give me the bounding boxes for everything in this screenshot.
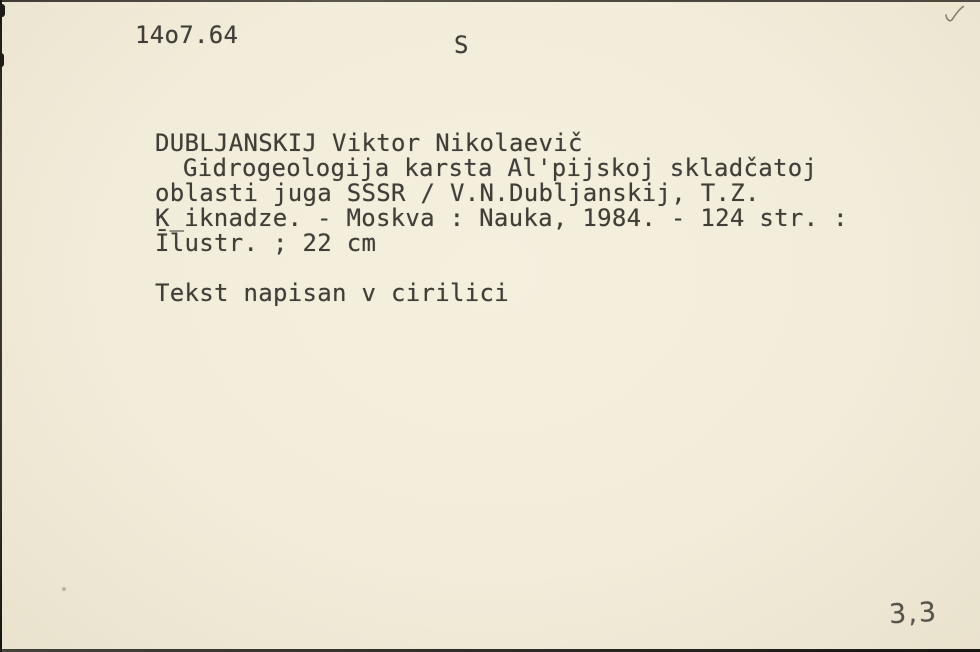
catalog-card: 14o7.64 S DUBLJANSKIJ Viktor Nikolaevič … — [0, 0, 980, 652]
author-heading: DUBLJANSKIJ Viktor Nikolaevič — [155, 131, 935, 156]
statement-of-responsibility-line: oblasti juga SSSR / V.N.Dubljanskij, T.Z… — [155, 181, 935, 206]
section-letter: S — [454, 31, 469, 59]
scan-edge-left — [0, 0, 2, 652]
scan-artifact-nub — [0, 4, 5, 17]
collation-line: Īlustr. ; 22 cm — [155, 231, 935, 256]
title-line: Gidrogeologija karsta Al'pijskoj skladča… — [155, 156, 935, 181]
bibliographic-entry: DUBLJANSKIJ Viktor Nikolaevič Gidrogeolo… — [155, 131, 935, 306]
pencil-checkmark-icon — [942, 4, 968, 26]
scan-speck — [62, 587, 66, 591]
scan-artifact-nub — [0, 53, 4, 67]
call-number: 14o7.64 — [135, 21, 238, 49]
language-note: Tekst napisan v cirilici — [155, 281, 935, 306]
handwritten-number: 3,3 — [888, 597, 939, 631]
imprint-line: K̲iknadze. - Moskva : Nauka, 1984. - 124… — [155, 206, 935, 231]
scan-edge-top — [0, 0, 980, 2]
